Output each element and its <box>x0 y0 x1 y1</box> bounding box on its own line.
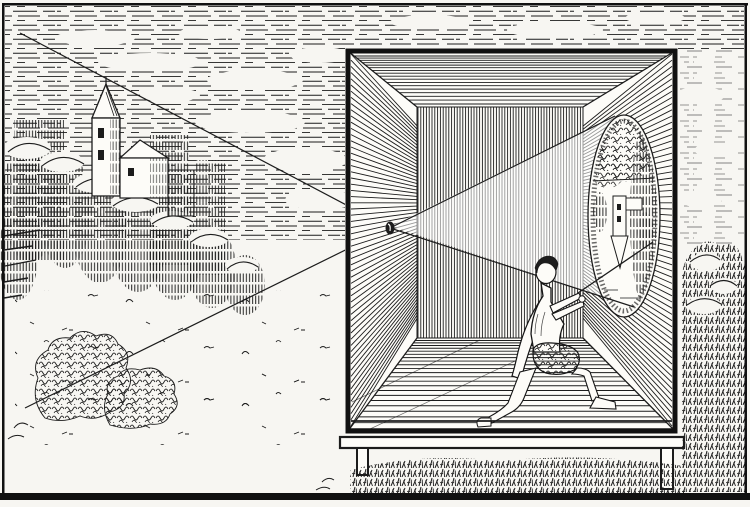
breeches <box>533 343 579 375</box>
grass-under-box <box>350 457 684 493</box>
engraving-canvas: Camera obscura engraving Black-and-white… <box>0 0 750 507</box>
castle-wall <box>168 170 194 216</box>
camera-obscura-box <box>340 48 682 435</box>
stand-beam <box>340 437 684 448</box>
camera-obscura-engraving: Camera obscura engraving Black-and-white… <box>0 0 750 507</box>
hand <box>579 296 585 302</box>
right-shrub <box>681 241 746 492</box>
back-foot <box>477 418 491 427</box>
pinhole <box>386 222 395 235</box>
